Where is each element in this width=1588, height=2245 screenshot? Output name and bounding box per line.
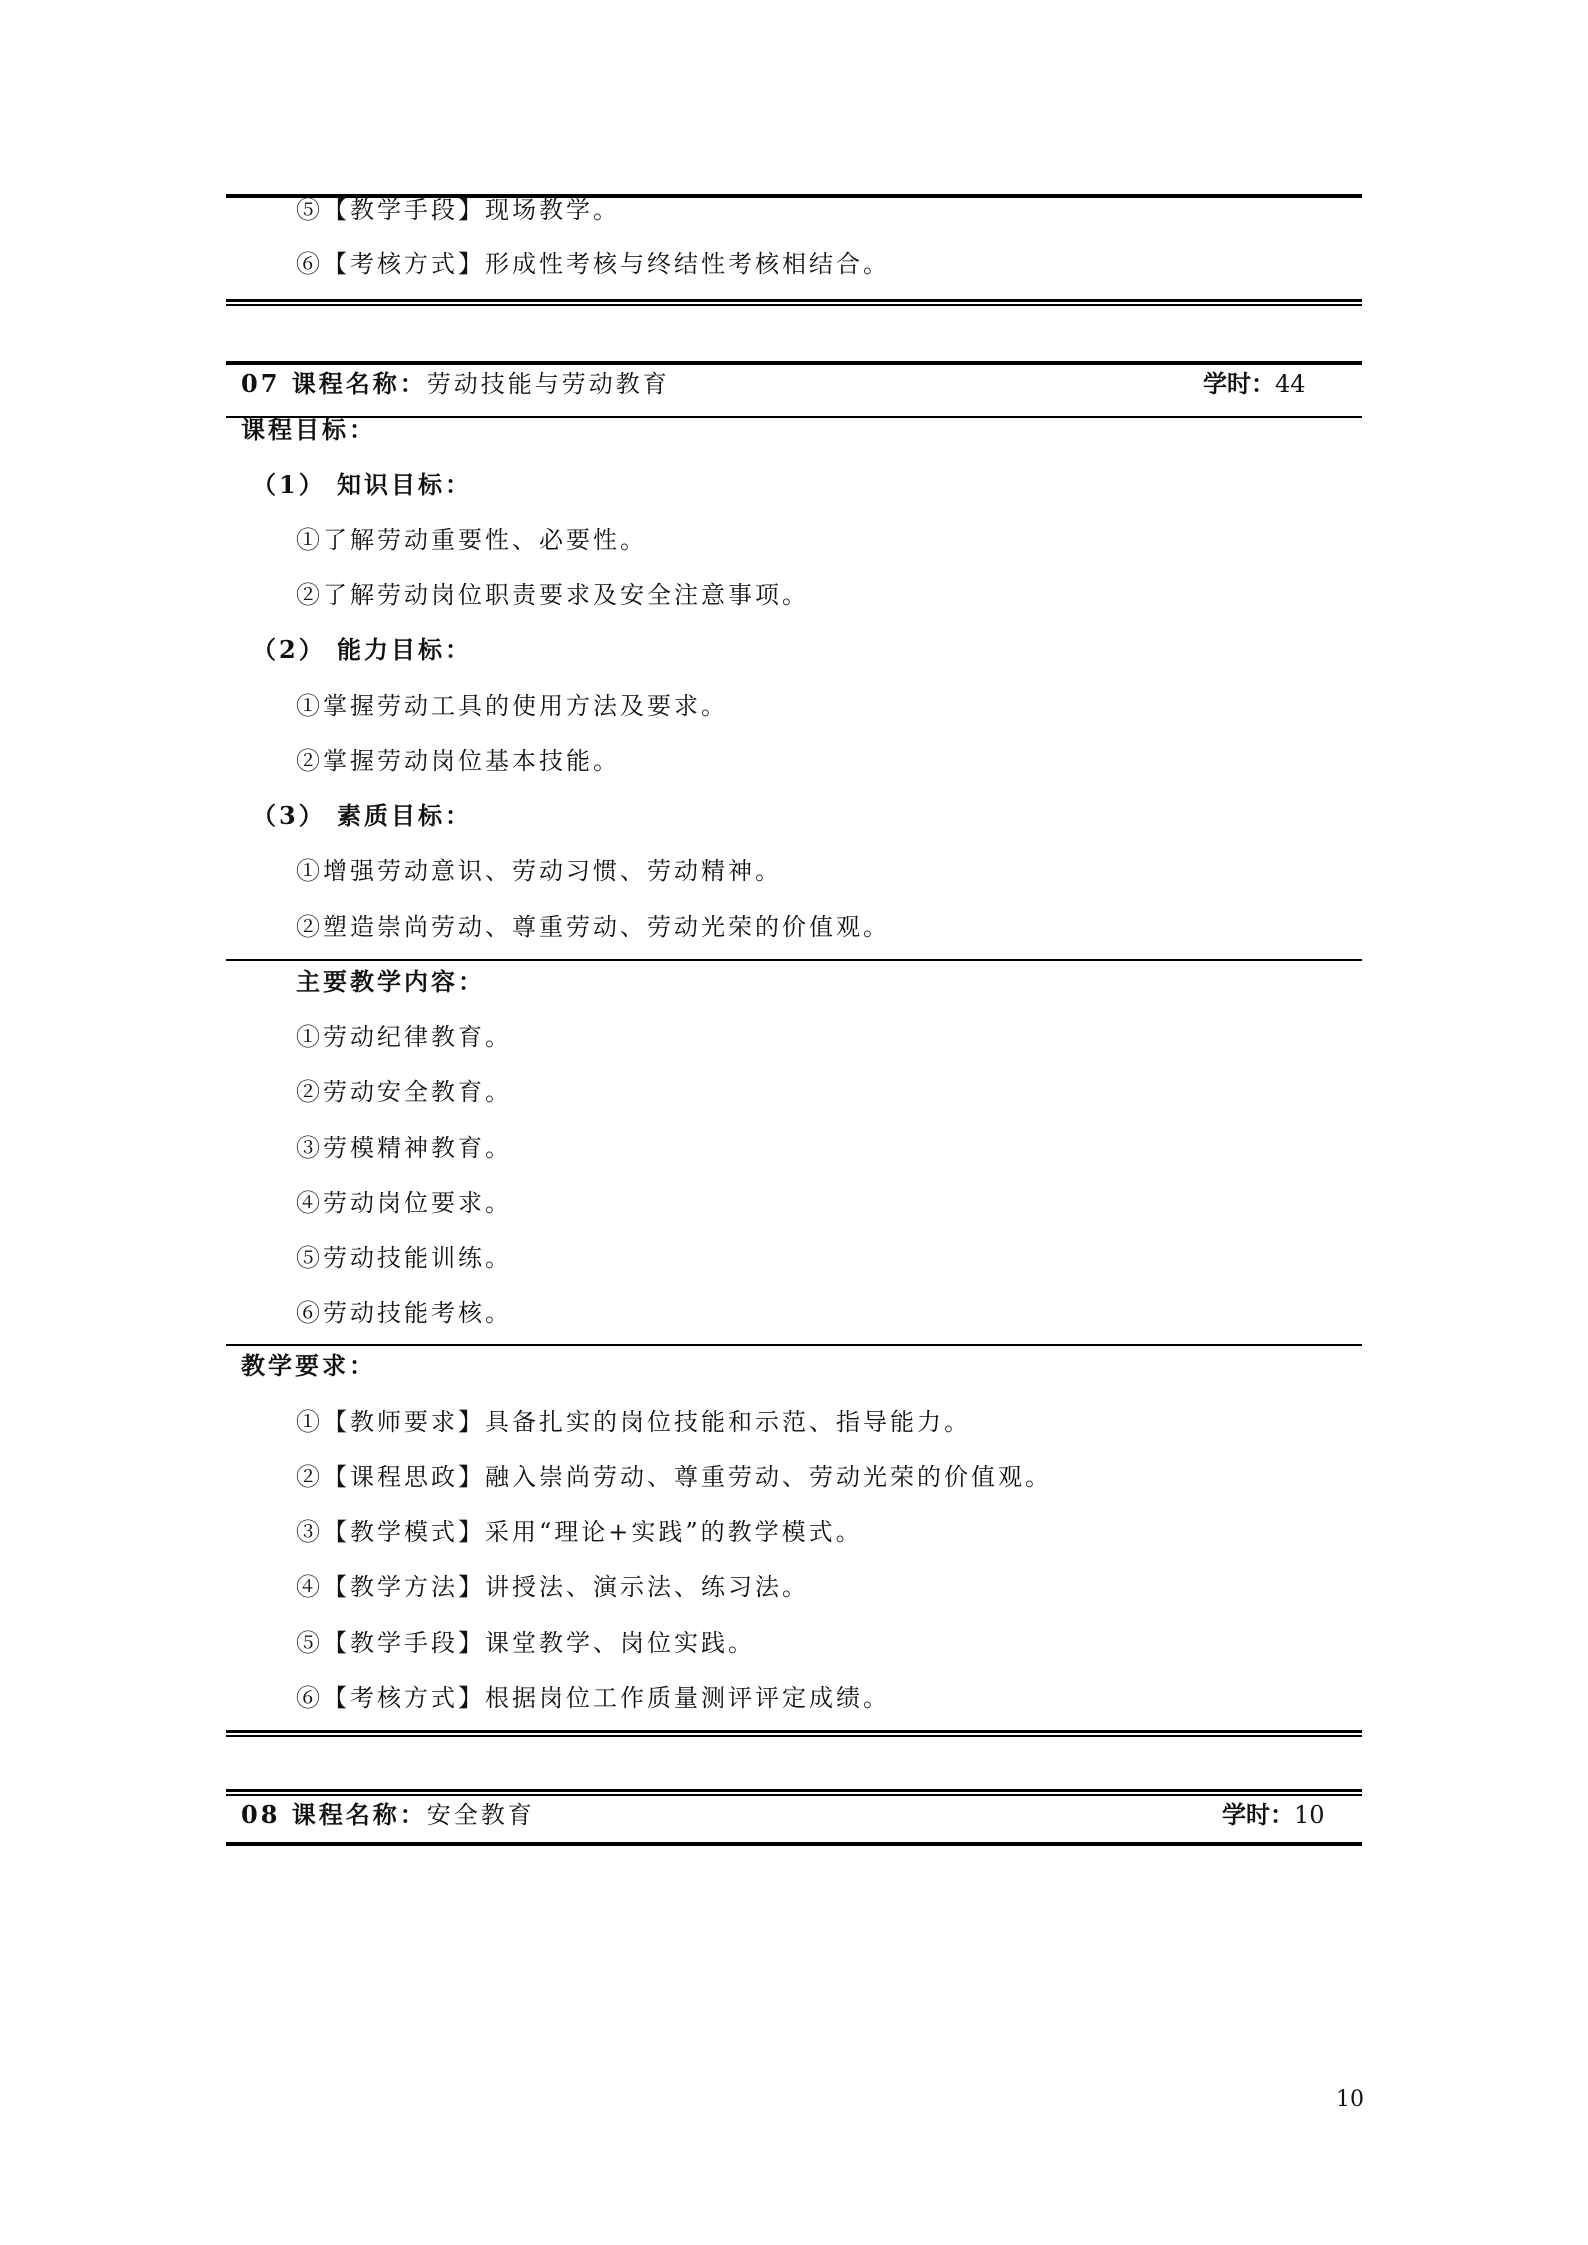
course08-header-bottom-rule xyxy=(226,1842,1362,1846)
ability-objective-item: ①掌握劳动工具的使用方法及要求。 xyxy=(296,690,728,722)
prev-assessment-method: ⑥【考核方式】形成性考核与终结性考核相结合。 xyxy=(296,248,890,280)
course08-number-label: 08 课程名称： xyxy=(241,1800,427,1829)
requirements-top-rule xyxy=(226,1344,1362,1346)
course08-title: 08 课程名称：安全教育 xyxy=(241,1799,535,1831)
quality-objective-item: ①增强劳动意识、劳动习惯、劳动精神。 xyxy=(296,855,782,887)
course08-header-top-rule xyxy=(226,1789,1362,1796)
content-heading: 主要教学内容： xyxy=(296,966,485,998)
objectives-heading: 课程目标： xyxy=(241,414,376,446)
page-number: 10 xyxy=(1336,2086,1364,2114)
requirements-heading: 教学要求： xyxy=(241,1350,376,1382)
knowledge-objectives-heading: （1） 知识目标： xyxy=(252,469,472,501)
course08-hours: 学时：10 xyxy=(1222,1799,1325,1831)
requirement-mode: ③【教学模式】采用“理论+实践”的教学模式。 xyxy=(296,1516,863,1548)
course07-header-bottom-rule xyxy=(226,416,1362,418)
course08-name: 安全教育 xyxy=(427,1801,535,1829)
content-item: ③劳模精神教育。 xyxy=(296,1132,512,1164)
ability-objective-item: ②掌握劳动岗位基本技能。 xyxy=(296,745,620,777)
course07-hours-label: 学时： xyxy=(1203,369,1275,398)
quality-objective-item: ②塑造崇尚劳动、尊重劳动、劳动光荣的价值观。 xyxy=(296,911,890,943)
requirement-teacher: ①【教师要求】具备扎实的岗位技能和示范、指导能力。 xyxy=(296,1406,971,1438)
requirement-assessment: ⑥【考核方式】根据岗位工作质量测评评定成绩。 xyxy=(296,1682,890,1714)
quality-objectives-heading: （3） 素质目标： xyxy=(252,800,472,832)
course07-title: 07 课程名称：劳动技能与劳动教育 xyxy=(241,368,670,400)
course07-hours-value: 44 xyxy=(1275,370,1306,398)
content-item: ②劳动安全教育。 xyxy=(296,1076,512,1108)
course08-hours-value: 10 xyxy=(1294,1801,1325,1829)
content-item: ⑥劳动技能考核。 xyxy=(296,1297,512,1329)
content-top-rule xyxy=(226,959,1362,961)
requirement-ideology: ②【课程思政】融入崇尚劳动、尊重劳动、劳动光荣的价值观。 xyxy=(296,1461,1052,1493)
ability-objectives-heading: （2） 能力目标： xyxy=(252,634,472,666)
course07-hours: 学时：44 xyxy=(1203,368,1306,400)
content-item: ①劳动纪律教育。 xyxy=(296,1021,512,1053)
section-end-double-rule xyxy=(226,299,1362,306)
content-item: ④劳动岗位要求。 xyxy=(296,1187,512,1219)
content-item: ⑤劳动技能训练。 xyxy=(296,1242,512,1274)
course07-name: 劳动技能与劳动教育 xyxy=(427,370,670,398)
knowledge-objective-item: ②了解劳动岗位职责要求及安全注意事项。 xyxy=(296,579,809,611)
requirement-method: ④【教学方法】讲授法、演示法、练习法。 xyxy=(296,1571,809,1603)
course07-header-top-rule xyxy=(226,361,1362,365)
requirement-means: ⑤【教学手段】课堂教学、岗位实践。 xyxy=(296,1627,755,1659)
knowledge-objective-item: ①了解劳动重要性、必要性。 xyxy=(296,524,647,556)
prev-teaching-means: ⑤【教学手段】现场教学。 xyxy=(296,194,620,226)
course07-end-double-rule xyxy=(226,1730,1362,1737)
course08-hours-label: 学时： xyxy=(1222,1800,1294,1829)
course07-number-label: 07 课程名称： xyxy=(241,369,427,398)
